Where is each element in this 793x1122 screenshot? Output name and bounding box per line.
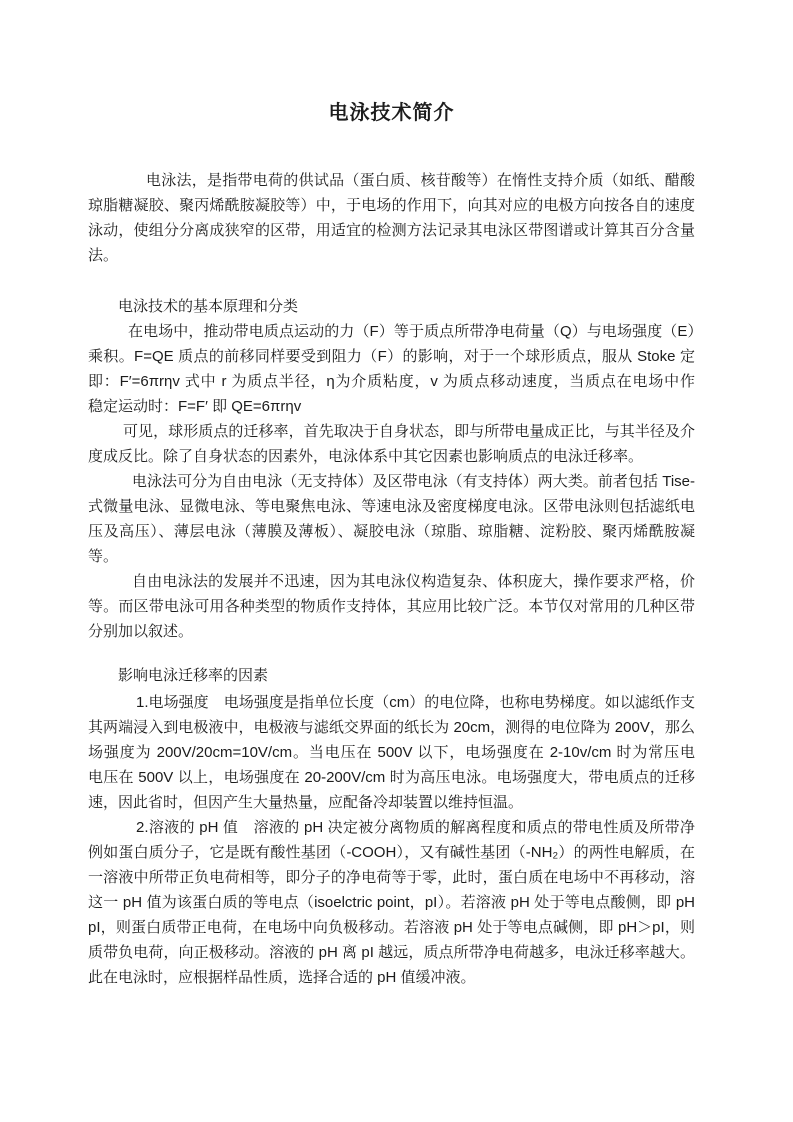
text-line: 其两端浸入到电极液中，电极液与滤纸交界面的纸长为 20cm，测得的电位降为 20… [88,715,695,740]
text-line: 电泳法可分为自由电泳（无支持体）及区带电泳（有支持体）两大类。前者包括 Tise… [88,469,695,494]
text-line: 压及高压）、薄层电泳（薄膜及薄板）、凝胶电泳（琼脂、琼脂糖、淀粉胶、聚丙烯酰胺凝… [88,519,695,544]
text-line: 这一 pH 值为该蛋白质的等电点（isoelctric point，pI）。若溶… [88,890,695,915]
text-line: 此在电泳时，应根据样品性质，选择合适的 pH 值缓冲液。 [88,965,695,990]
text-line: 等。 [88,544,695,569]
section-heading-principles-heading: 电泳技术的基本原理和分类 [88,294,695,319]
paragraph-ph-value: 2.溶液的 pH 值 溶液的 pH 决定被分离物质的解离程度和质点的带电性质及所… [88,815,695,990]
text-line: 2.溶液的 pH 值 溶液的 pH 决定被分离物质的解离程度和质点的带电性质及所… [88,815,695,840]
paragraph-field-strength: 1.电场强度 电场强度是指单位长度（cm）的电位降，也称电势梯度。如以滤纸作支持… [88,690,695,815]
text-line: 即：F′=6πrηv 式中 r 为质点半径，η为介质粘度，v 为质点移动速度，当… [88,369,695,394]
text-line: 泳动，使组分分离成狭窄的区带，用适宜的检测方法记录其电泳区带图谱或计算其百分含量… [88,218,695,243]
paragraph-intro: 电泳法，是指带电荷的供试品（蛋白质、核苷酸等）在惰性支持介质（如纸、醋酸纤维素、… [88,168,695,268]
text-line: 法。 [88,243,695,268]
document-title: 电泳技术简介 [88,98,695,128]
document-page: 电泳技术简介 电泳法，是指带电荷的供试品（蛋白质、核苷酸等）在惰性支持介质（如纸… [0,0,793,1122]
paragraph-free-vs-zone: 自由电泳法的发展并不迅速，因为其电泳仪构造复杂、体积庞大，操作要求严格，价格昂贵… [88,569,695,644]
text-line: 可见，球形质点的迁移率，首先取决于自身状态，即与所带电量成正比，与其半径及介质粘 [88,419,695,444]
section-heading-factors-heading: 影响电泳迁移率的因素 [88,663,695,688]
text-line: 自由电泳法的发展并不迅速，因为其电泳仪构造复杂、体积庞大，操作要求严格，价格昂贵 [88,569,695,594]
text-line: 电泳法，是指带电荷的供试品（蛋白质、核苷酸等）在惰性支持介质（如纸、醋酸纤维素、 [88,168,695,193]
text-line: 琼脂糖凝胶、聚丙烯酰胺凝胶等）中，于电场的作用下，向其对应的电极方向按各自的速度… [88,193,695,218]
text-line: 1.电场强度 电场强度是指单位长度（cm）的电位降，也称电势梯度。如以滤纸作支持… [88,690,695,715]
text-line: pI，则蛋白质带正电荷，在电场中向负极移动。若溶液 pH 处于等电点碱侧，即 p… [88,915,695,940]
paragraph-classification: 电泳法可分为自由电泳（无支持体）及区带电泳（有支持体）两大类。前者包括 Tise… [88,469,695,569]
text-line: 乘积。F=QE 质点的前移同样要受到阻力（F）的影响，对于一个球形质点，服从 S… [88,344,695,369]
text-line: 在电场中，推动带电质点运动的力（F）等于质点所带净电荷量（Q）与电场强度（E）的 [88,319,695,344]
text-line: 度成反比。除了自身状态的因素外，电泳体系中其它因素也影响质点的电泳迁移率。 [88,444,695,469]
text-line: 场强度为 200V/20cm=10V/cm。当电压在 500V 以下，电场强度在… [88,740,695,765]
paragraph-field-force: 在电场中，推动带电质点运动的力（F）等于质点所带净电荷量（Q）与电场强度（E）的… [88,319,695,419]
paragraph-mobility: 可见，球形质点的迁移率，首先取决于自身状态，即与所带电量成正比，与其半径及介质粘… [88,419,695,469]
text-line: 式微量电泳、显微电泳、等电聚焦电泳、等速电泳及密度梯度电泳。区带电泳则包括滤纸电… [88,494,695,519]
text-line: 例如蛋白质分子，它是既有酸性基团（-COOH），又有碱性基团（-NH₂）的两性电… [88,840,695,865]
text-line: 稳定运动时：F=F′ 即 QE=6πrηv [88,394,695,419]
text-line: 电压在 500V 以上，电场强度在 20-200V/cm 时为高压电泳。电场强度… [88,765,695,790]
document-body: 电泳技术简介 电泳法，是指带电荷的供试品（蛋白质、核苷酸等）在惰性支持介质（如纸… [0,98,793,990]
text-line: 等。而区带电泳可用各种类型的物质作支持体，其应用比较广泛。本节仅对常用的几种区带… [88,594,695,619]
text-line: 质带负电荷，向正极移动。溶液的 pH 离 pI 越远，质点所带净电荷越多，电泳迁… [88,940,695,965]
text-line: 分别加以叙述。 [88,619,695,644]
text-line: 速，因此省时，但因产生大量热量，应配备冷却装置以维持恒温。 [88,790,695,815]
text-line: 一溶液中所带正负电荷相等，即分子的净电荷等于零，此时，蛋白质在电场中不再移动，溶… [88,865,695,890]
